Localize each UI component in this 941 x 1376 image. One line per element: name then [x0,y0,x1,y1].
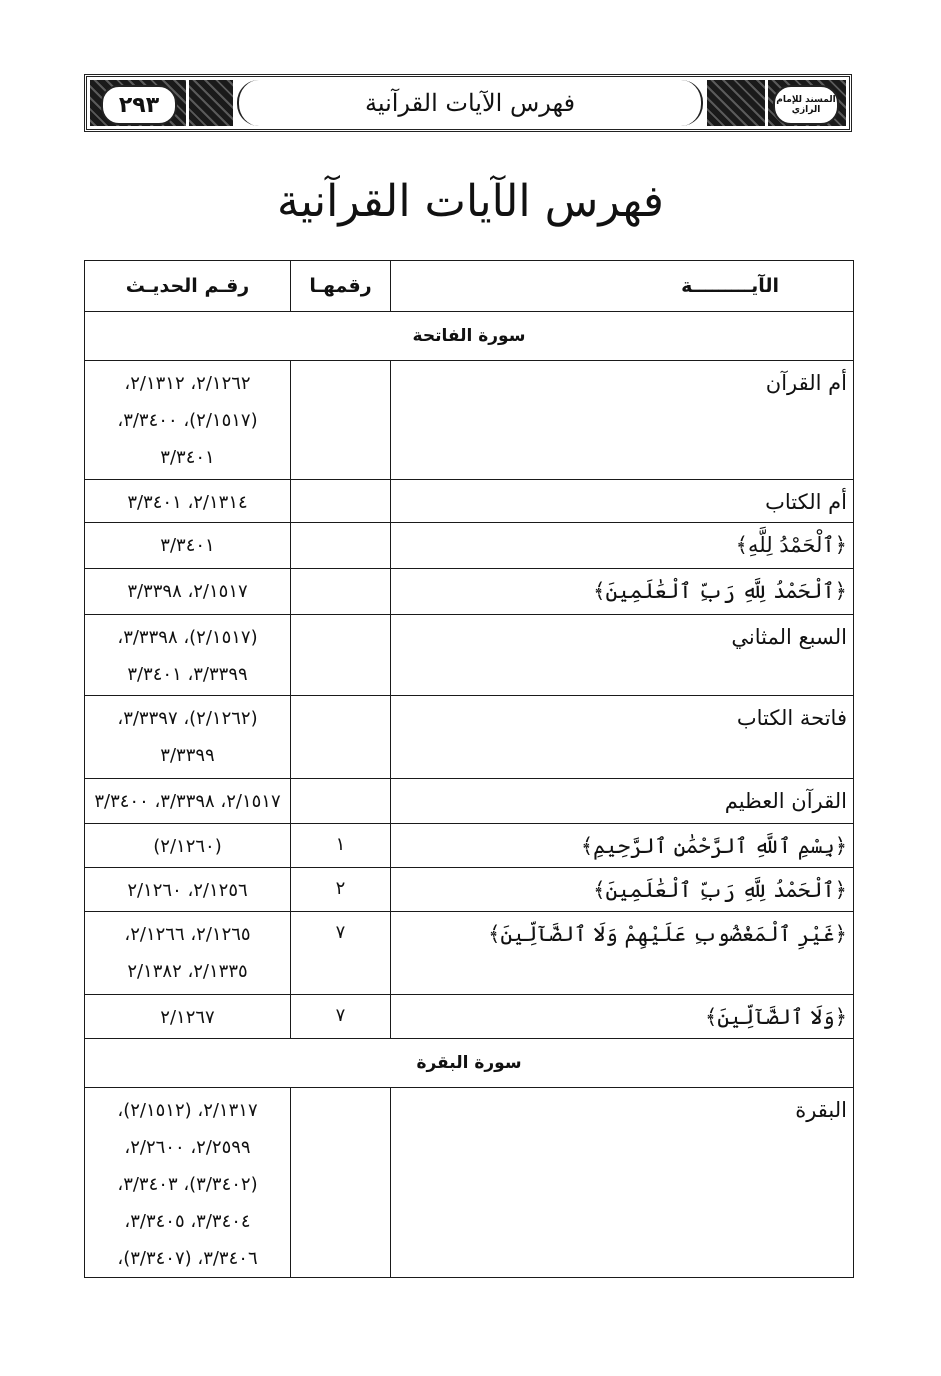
hadith-line: ٢/١٢٦٧ [85,999,290,1036]
hadith-line: ٢/١٣١٧، (٢/١٥١٢)، [85,1092,290,1129]
aya-number-cell [291,361,391,480]
table-row: أم القرآن ٢/١٢٦٢، ٢/١٣١٢، (٢/١٥١٧)، ٣/٣٤… [85,361,854,480]
hadith-line: (٣/٣٤٠٢)، ٣/٣٤٠٣، [85,1166,290,1203]
aya-number-cell [291,779,391,824]
ornament-pattern [707,80,765,126]
table-row: ﴿وَلَا ٱلضَّآلِّينَ﴾ ٧ ٢/١٢٦٧ [85,995,854,1039]
table-row: ﴿ٱلْحَمْدُ لِلَّهِ رَبِّ ٱلْعَٰلَمِينَ﴾ … [85,569,854,615]
aya-cell: ﴿غَيْرِ ٱلْمَغْضُوبِ عَلَيْهِمْ وَلَا ٱل… [391,912,854,995]
hadith-line: (٢/١٢٦٠) [85,828,290,865]
table-row: القرآن العظيم ٢/١٥١٧، ٣/٣٣٩٨، ٣/٣٤٠٠ [85,779,854,824]
hadith-line: ٢/١٥١٧، ٣/٣٣٩٨ [85,573,290,610]
aya-cell: فاتحة الكتاب [391,696,854,779]
aya-number-cell [291,523,391,569]
hadith-cell: ٢/١٣١٧، (٢/١٥١٢)، ٢/٢٥٩٩، ٢/٢٦٠٠، (٣/٣٤٠… [85,1088,291,1278]
hadith-line: ٣/٣٤٠٦، (٣/٣٤٠٧)، [85,1240,290,1277]
hadith-cell: (٢/١٢٦٢)، ٣/٣٣٩٧، ٣/٣٣٩٩ [85,696,291,779]
book-emblem-icon: المسند للإمام الرازي [773,85,839,125]
table-row: أم الكتاب ٢/١٣١٤، ٣/٣٤٠١ [85,480,854,523]
hadith-cell: ٢/١٣١٤، ٣/٣٤٠١ [85,480,291,523]
hadith-line: (٢/١٢٦٢)، ٣/٣٣٩٧، [85,700,290,737]
section-heading: سورة البقرة [85,1039,854,1088]
hadith-cell: (٢/١٢٦٠) [85,824,291,868]
hadith-line: ٢/١٣١٤، ٣/٣٤٠١ [85,484,290,521]
column-header-hadith-number: رقـم الحديـث [85,261,291,312]
hadith-line: ٢/١٢٦٢، ٢/١٣١٢، [85,365,290,402]
table-row: ﴿بِسْمِ ٱللَّهِ ٱلرَّحْمَٰنِ ٱلرَّحِيمِ﴾… [85,824,854,868]
hadith-line: (٢/١٥١٧)، ٣/٣٤٠٠، [85,402,290,439]
aya-number-cell: ٢ [291,868,391,912]
table-row: فاتحة الكتاب (٢/١٢٦٢)، ٣/٣٣٩٧، ٣/٣٣٩٩ [85,696,854,779]
aya-cell: البقرة [391,1088,854,1278]
hadith-line: ٢/١٥١٧، ٣/٣٣٩٨، ٣/٣٤٠٠ [85,783,290,820]
aya-number-cell [291,480,391,523]
hadith-line: ٣/٣٤٠١ [85,527,290,564]
hadith-line: ٢/١٣٣٥، ٢/١٣٨٢ [85,953,290,990]
hadith-line: ٢/٢٥٩٩، ٢/٢٦٠٠، [85,1129,290,1166]
aya-number-cell [291,1088,391,1278]
aya-number-cell [291,696,391,779]
ornament-pattern [189,80,233,126]
hadith-line: ٣/٣٣٩٩، ٣/٣٤٠١ [85,656,290,693]
table-header-row: الآيـــــــــة رقمهـا رقـم الحديـث [85,261,854,312]
table-row: ﴿ٱلْحَمْدُ لِلَّهِ﴾ ٣/٣٤٠١ [85,523,854,569]
hadith-cell: ٢/١٥١٧، ٣/٣٣٩٨ [85,569,291,615]
hadith-cell: ٢/١٢٥٦، ٢/١٢٦٠ [85,868,291,912]
aya-cell: أم الكتاب [391,480,854,523]
hadith-cell: ٣/٣٤٠١ [85,523,291,569]
table-row: ﴿غَيْرِ ٱلْمَغْضُوبِ عَلَيْهِمْ وَلَا ٱل… [85,912,854,995]
running-header-banner: ٢٩٣ فهرس الآيات القرآنية المسند للإمام ا… [84,74,852,132]
page-number: ٢٩٣ [101,85,177,125]
hadith-line: ٢/١٢٦٥، ٢/١٢٦٦، [85,916,290,953]
aya-cell: ﴿ٱلْحَمْدُ لِلَّهِ رَبِّ ٱلْعَٰلَمِينَ﴾ [391,569,854,615]
hadith-line: (٢/١٥١٧)، ٣/٣٣٩٨، [85,619,290,656]
aya-cell: ﴿وَلَا ٱلضَّآلِّينَ﴾ [391,995,854,1039]
aya-cell: القرآن العظيم [391,779,854,824]
aya-cell: أم القرآن [391,361,854,480]
column-header-aya-number: رقمهـا [291,261,391,312]
aya-cell: ﴿ٱلْحَمْدُ لِلَّهِ رَبِّ ٱلْعَٰلَمِينَ﴾ [391,868,854,912]
hadith-line: ٣/٣٤٠١ [85,439,290,476]
running-title: فهرس الآيات القرآنية [237,80,703,126]
hadith-cell: (٢/١٥١٧)، ٣/٣٣٩٨، ٣/٣٣٩٩، ٣/٣٤٠١ [85,615,291,696]
aya-number-cell: ٧ [291,995,391,1039]
hadith-line: ٣/٣٤٠٤، ٣/٣٤٠٥، [85,1203,290,1240]
aya-cell: ﴿بِسْمِ ٱللَّهِ ٱلرَّحْمَٰنِ ٱلرَّحِيمِ﴾ [391,824,854,868]
hadith-cell: ٢/١٢٦٧ [85,995,291,1039]
hadith-cell: ٢/١٥١٧، ٣/٣٣٩٨، ٣/٣٤٠٠ [85,779,291,824]
aya-cell: ﴿ٱلْحَمْدُ لِلَّهِ﴾ [391,523,854,569]
section-heading: سورة الفاتحة [85,312,854,361]
verses-index-table: الآيـــــــــة رقمهـا رقـم الحديـث سورة … [84,260,854,1278]
hadith-line: ٢/١٢٥٦، ٢/١٢٦٠ [85,872,290,909]
hadith-line: ٣/٣٣٩٩ [85,737,290,774]
column-header-aya: الآيـــــــــة [391,261,854,312]
aya-number-cell: ١ [291,824,391,868]
page-title: فهرس الآيات القرآنية [0,176,941,227]
table-row: ﴿ٱلْحَمْدُ لِلَّهِ رَبِّ ٱلْعَٰلَمِينَ﴾ … [85,868,854,912]
hadith-cell: ٢/١٢٦٢، ٢/١٣١٢، (٢/١٥١٧)، ٣/٣٤٠٠، ٣/٣٤٠١ [85,361,291,480]
aya-number-cell: ٧ [291,912,391,995]
aya-number-cell [291,615,391,696]
aya-cell: السبع المثاني [391,615,854,696]
table-row: البقرة ٢/١٣١٧، (٢/١٥١٢)، ٢/٢٥٩٩، ٢/٢٦٠٠،… [85,1088,854,1278]
table-row: السبع المثاني (٢/١٥١٧)، ٣/٣٣٩٨، ٣/٣٣٩٩، … [85,615,854,696]
hadith-cell: ٢/١٢٦٥، ٢/١٢٦٦، ٢/١٣٣٥، ٢/١٣٨٢ [85,912,291,995]
aya-number-cell [291,569,391,615]
